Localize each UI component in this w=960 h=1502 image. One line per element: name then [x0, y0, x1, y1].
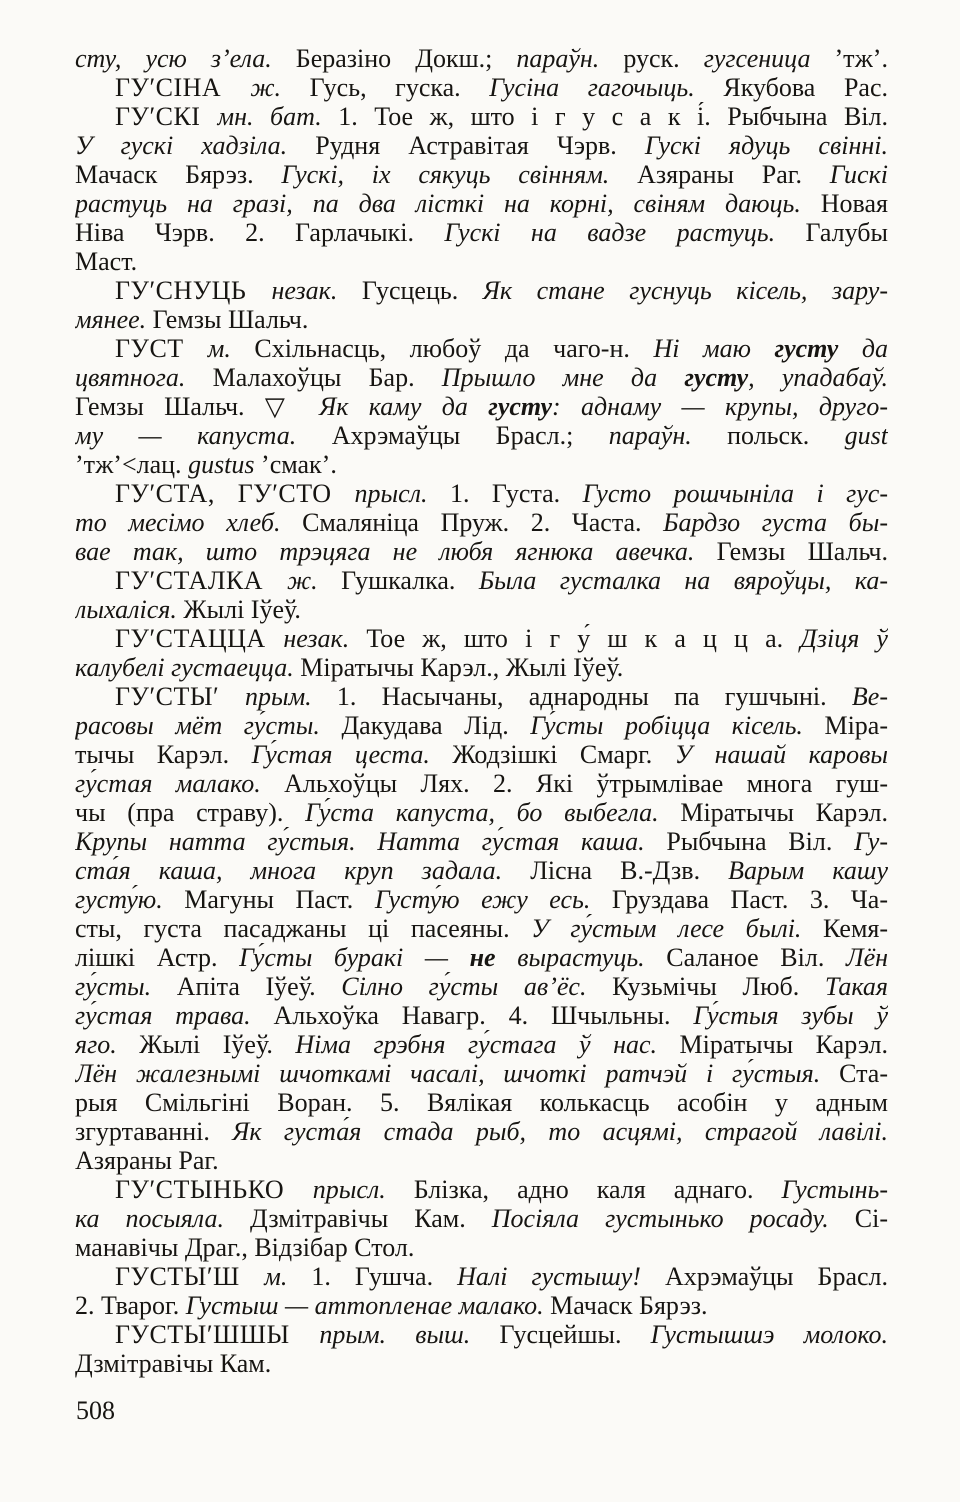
text-segment: прым. выш. — [319, 1320, 499, 1349]
text-segment: манавічы Драг., Відзібар Стол. — [75, 1233, 414, 1262]
text-segment: не — [470, 943, 518, 972]
text-segment: Гусцець. — [362, 276, 483, 305]
text-segment: Схільнасць, любоў да чаго-н. — [254, 334, 653, 363]
text-segment: густу́ю. — [75, 885, 184, 914]
text-segment: Гемзы Шальч. ▽ — [75, 392, 319, 421]
text-line: ГУ′СІНА ж. Гусь, гуска. Гусіна гагочыць.… — [75, 73, 888, 102]
text-segment: прысл. — [355, 479, 450, 508]
text-segment: Рыбчына Віл. — [666, 827, 854, 856]
text-segment: польск. — [727, 421, 845, 450]
text-segment: Німа грэбня гу́стага ў нас. — [295, 1030, 679, 1059]
text-segment: параўн. — [516, 44, 623, 73]
text-line: ’тж’<лац. gustus ’смак’. — [75, 450, 888, 479]
text-segment: ’тж’<лац. — [75, 450, 188, 479]
text-line: згуртаванні. Як густа́я стада рыб, то ас… — [75, 1117, 888, 1146]
text-segment: Рудня Астравітая Чэрв. — [315, 131, 645, 160]
text-segment: Гемзы Шальч. — [717, 537, 888, 566]
text-segment: Апіта Іўеў. — [177, 972, 342, 1001]
text-line: манавічы Драг., Відзібар Стол. — [75, 1233, 888, 1262]
headword: ГУСТЫ′ШШЫ — [115, 1320, 319, 1349]
text-segment: Густышшэ молоко. — [651, 1320, 888, 1349]
text-segment: гу́стая трава. — [75, 1001, 274, 1030]
text-segment: руск. — [623, 44, 703, 73]
text-segment: чы (пра страву). — [75, 798, 305, 827]
headword: ГУ′СІНА — [115, 73, 250, 102]
text-segment: калубелі густаецца. — [75, 653, 300, 682]
text-line: ГУ′СТА, ГУ′СТО прысл. 1. Густа. Густо ро… — [75, 479, 888, 508]
dictionary-page: сту, усю з’ела. Беразіно Докш.; параўн. … — [0, 0, 960, 1502]
text-line: расовы мёт гу́сты. Дакудава Лід. Гу́сты … — [75, 711, 888, 740]
text-segment: Кемя- — [823, 914, 888, 943]
text-segment: Лён — [846, 943, 888, 972]
text-segment: цвятнога. — [75, 363, 213, 392]
text-segment: Гу́сты робіцца кісель. — [530, 711, 824, 740]
text-segment: Гускі, іх сякуць свінням. — [281, 160, 637, 189]
text-segment: лішкі Астр. — [75, 943, 239, 972]
text-segment: вае так, што трэцяга не любя ягнюка авеч… — [75, 537, 717, 566]
text-segment: Якубова Рас. — [723, 73, 888, 102]
text-line: чы (пра страву). Гу́ста капуста, бо выбе… — [75, 798, 888, 827]
text-segment: Як стане гуснуць кісель, зару- — [483, 276, 888, 305]
text-line: гу́стая трава. Альхоўка Навагр. 4. Шчыль… — [75, 1001, 888, 1030]
text-segment: Гусіна гагочыць. — [489, 73, 723, 102]
text-segment: Гу́стая цеста. — [252, 740, 453, 769]
text-segment: : аднаму — крупы, друго- — [552, 392, 888, 421]
text-segment: ста́я каша, многа круп задала. — [75, 856, 530, 885]
text-segment: Была густалка на вяроўцы, ка- — [479, 566, 888, 595]
text-line: ГУСТЫ′ШШЫ прым. выш. Гусцейшы. Густышшэ … — [75, 1320, 888, 1349]
text-segment: Мачаск Бярэз. — [75, 160, 281, 189]
text-segment: У нашай каровы — [675, 740, 888, 769]
text-line: ГУ′СТАЦЦА незак. Тое ж, што і г у́ ш к а… — [75, 624, 888, 653]
text-line: цвятнога. Малахоўцы Бар. Прышло мне да г… — [75, 363, 888, 392]
text-segment: Саланое Віл. — [666, 943, 846, 972]
text-segment: Новая — [821, 189, 888, 218]
text-line: калубелі густаецца. Міратычы Карэл., Жыл… — [75, 653, 888, 682]
text-segment: Азяраны Раг. — [637, 160, 830, 189]
text-segment: 2. Тварог. — [75, 1291, 186, 1320]
text-segment: Густыш — аттопленае малако. — [186, 1291, 550, 1320]
text-line: му — капуста. Ахрэмаўцы Брасл.; параўн. … — [75, 421, 888, 450]
text-line: ГУ′СТАЛКА ж. Гушкалка. Была густалка на … — [75, 566, 888, 595]
text-segment: Ахрэмаўцы Брасл. — [665, 1262, 888, 1291]
text-segment: Гу́стыя зубы ў — [693, 1001, 888, 1030]
text-segment: Блізка, адно каля аднаго. — [414, 1175, 782, 1204]
text-segment: Густо рошчыніла і гус- — [583, 479, 888, 508]
text-line: рыя Смільгіні Воран. 5. Вялікая колькасц… — [75, 1088, 888, 1117]
text-segment: незак. — [271, 276, 361, 305]
text-segment: Жылі Іўеў. — [183, 595, 301, 624]
text-segment: расовы мёт гу́сты. — [75, 711, 341, 740]
text-segment: густу — [488, 392, 552, 421]
text-segment: Ні маю — [653, 334, 774, 363]
text-segment: незак. — [283, 624, 366, 653]
text-segment: Крупы натта гу́стыя. Натта гу́стая каша. — [75, 827, 666, 856]
text-line: гу́сты. Апіта Іўеў. Сілно гу́сты ав’ёс. … — [75, 972, 888, 1001]
text-line: густу́ю. Магуны Паст. Густу́ю ежу есь. Г… — [75, 885, 888, 914]
headword: ГУ′СНУЦЬ — [115, 276, 271, 305]
text-line: Гемзы Шальч. ▽ Як каму да густу: аднаму … — [75, 392, 888, 421]
text-segment: параўн. — [609, 421, 727, 450]
text-line: мянее. Гемзы Шальч. — [75, 305, 888, 334]
headword: ГУ′СТА, ГУ′СТО — [115, 479, 355, 508]
text-line: Мачаск Бярэз. Гускі, іх сякуць свінням. … — [75, 160, 888, 189]
page-number: 508 — [76, 1396, 115, 1426]
text-segment: Такая — [825, 972, 888, 1001]
text-line: ГУ′СТЫНЬКО прысл. Блізка, адно каля адна… — [75, 1175, 888, 1204]
text-segment: Ве- — [852, 682, 888, 711]
text-line: лішкі Астр. Гу́сты буракі — не вырастуць… — [75, 943, 888, 972]
headword: ГУ′СТЫНЬКО — [115, 1175, 313, 1204]
text-segment: Ніва Чэрв. 2. Гарлачыкі. — [75, 218, 444, 247]
text-segment: рыя Смільгіні Воран. 5. Вялікая колькасц… — [75, 1088, 888, 1117]
text-segment: сты, густа пасаджаны ці пасеяны. — [75, 914, 531, 943]
headword: ГУ′СТЫ′ — [115, 682, 245, 711]
text-segment: густу — [775, 334, 862, 363]
text-segment: Густынь- — [781, 1175, 888, 1204]
headword: ГУ′СТАЛКА — [115, 566, 287, 595]
text-segment: Мачаск Бярэз. — [550, 1291, 707, 1320]
text-segment: лыхаліся. — [75, 595, 183, 624]
text-segment: Малахоўцы Бар. — [213, 363, 442, 392]
text-segment: Як каму да — [319, 392, 488, 421]
text-line: то месімо хлеб. Смаляніца Пруж. 2. Часта… — [75, 508, 888, 537]
text-line: Азяраны Раг. — [75, 1146, 888, 1175]
text-segment: Гускі ядуць свінні. — [645, 131, 888, 160]
text-segment: ’тж’. — [835, 44, 888, 73]
text-segment: Гусцейшы. — [500, 1320, 651, 1349]
text-segment: 1. Тое ж, што і г у с а к і́. Рыбчына Ві… — [338, 102, 888, 131]
text-segment: Смаляніца Пруж. 2. Часта. — [302, 508, 663, 537]
text-segment: У гускі хадзіла. — [75, 131, 315, 160]
text-segment: прысл. — [313, 1175, 414, 1204]
headword: ГУ′СТАЦЦА — [115, 624, 283, 653]
text-segment: Як густа́я стада рыб, то асцямі, страгой… — [232, 1117, 888, 1146]
text-segment: , упадабаў. — [748, 363, 888, 392]
text-line: лыхаліся. Жылі Іўеў. — [75, 595, 888, 624]
headword: ГУ′СКІ — [115, 102, 218, 131]
text-segment: Гусь, гуска. — [310, 73, 490, 102]
text-segment: Прышло мне да — [442, 363, 685, 392]
text-segment: gust — [845, 421, 888, 450]
text-segment: му — капуста. — [75, 421, 332, 450]
text-segment: Магуны Паст. — [184, 885, 375, 914]
text-line: ГУСТЫ′Ш м. 1. Гушча. Налі густышу! Ахрэм… — [75, 1262, 888, 1291]
text-line: тычы Карэл. Гу́стая цеста. Жодзішкі Смар… — [75, 740, 888, 769]
text-segment: Галубы — [806, 218, 888, 247]
text-segment: Гискі — [830, 160, 888, 189]
text-line: ГУ′СКІ мн. бат. 1. Тое ж, што і г у с а … — [75, 102, 888, 131]
text-segment: Гу́сты буракі — — [239, 943, 469, 972]
text-segment: Варым кашу — [728, 856, 888, 885]
text-segment: ка посыяла. — [75, 1204, 250, 1233]
text-segment: гу́стая малако. — [75, 769, 284, 798]
text-segment: густу — [684, 363, 748, 392]
text-segment: Густу́ю ежу есь. — [375, 885, 612, 914]
text-segment: 1. Гушча. — [311, 1262, 457, 1291]
text-segment: Бардзо густа бы- — [663, 508, 888, 537]
text-segment: Дзіця ў — [800, 624, 888, 653]
text-segment: Гу́ста капуста, бо выбегла. — [305, 798, 680, 827]
text-segment: Дзмітравічы Кам. — [250, 1204, 492, 1233]
text-line: ГУ′СНУЦЬ незак. Гусцець. Як стане гуснуц… — [75, 276, 888, 305]
text-segment: Альхоўка Навагр. 4. Шчыльны. — [274, 1001, 694, 1030]
text-line: растуць на гразі, па два лісткі на корні… — [75, 189, 888, 218]
text-segment: растуць на гразі, па два лісткі на корні… — [75, 189, 821, 218]
text-segment: Гемзы Шальч. — [153, 305, 309, 334]
headword: ГУСТ — [115, 334, 208, 363]
text-segment: Жодзішкі Смарг. — [452, 740, 674, 769]
text-segment: тычы Карэл. — [75, 740, 252, 769]
text-line: Дзмітравічы Кам. — [75, 1349, 888, 1378]
text-segment: Жылі Іўеў. — [139, 1030, 295, 1059]
text-segment: Дзмітравічы Кам. — [75, 1349, 271, 1378]
text-segment: Гу- — [854, 827, 888, 856]
text-line: У гускі хадзіла. Рудня Астравітая Чэрв. … — [75, 131, 888, 160]
text-line: Маст. — [75, 247, 888, 276]
text-segment: Гускі на вадзе растуць. — [444, 218, 805, 247]
text-line: Ніва Чэрв. 2. Гарлачыкі. Гускі на вадзе … — [75, 218, 888, 247]
text-line: ГУСТ м. Схільнасць, любоў да чаго-н. Ні … — [75, 334, 888, 363]
text-segment: Груздава Паст. 3. Ча- — [612, 885, 888, 914]
text-segment: Маст. — [75, 247, 137, 276]
text-segment: яго. — [75, 1030, 139, 1059]
text-segment: Беразіно Докш.; — [296, 44, 517, 73]
text-segment: гу́сты. — [75, 972, 177, 1001]
text-segment: Міратычы Карэл. — [680, 798, 888, 827]
text-segment: ’смак’. — [261, 450, 337, 479]
text-segment: ж. — [250, 73, 309, 102]
text-segment: мн. бат. — [218, 102, 339, 131]
dictionary-text-block: сту, усю з’ела. Беразіно Докш.; параўн. … — [75, 44, 888, 1378]
text-segment: Дакудава Лід. — [341, 711, 530, 740]
text-line: сту, усю з’ела. Беразіно Докш.; параўн. … — [75, 44, 888, 73]
text-segment: Міра- — [824, 711, 888, 740]
text-segment: Налі густышу! — [457, 1262, 665, 1291]
text-segment: Сілно гу́сты ав’ёс. — [341, 972, 612, 1001]
text-segment: вырастуць. — [517, 943, 666, 972]
text-segment: мянее. — [75, 305, 153, 334]
text-segment: Міратычы Карэл. — [680, 1030, 888, 1059]
text-line: ста́я каша, многа круп задала. Лісна В.-… — [75, 856, 888, 885]
text-segment: то месімо хлеб. — [75, 508, 302, 537]
text-segment: 1. Густа. — [450, 479, 583, 508]
text-segment: Азяраны Раг. — [75, 1146, 219, 1175]
text-line: ГУ′СТЫ′ прым. 1. Насычаны, аднародны па … — [75, 682, 888, 711]
text-segment: Кузьмічы Люб. — [612, 972, 825, 1001]
text-segment: Посіяла густынько росаду. — [492, 1204, 855, 1233]
text-segment: м. — [208, 334, 255, 363]
text-line: сты, густа пасаджаны ці пасеяны. У гу́ст… — [75, 914, 888, 943]
text-line: яго. Жылі Іўеў. Німа грэбня гу́стага ў н… — [75, 1030, 888, 1059]
headword: ГУСТЫ′Ш — [115, 1262, 264, 1291]
text-segment: Ста- — [839, 1059, 888, 1088]
text-line: вае так, што трэцяга не любя ягнюка авеч… — [75, 537, 888, 566]
text-segment: згуртаванні. — [75, 1117, 232, 1146]
text-segment: Лён жалезнымі шчоткамі часалі, шчоткі ра… — [75, 1059, 839, 1088]
text-segment: ж. — [287, 566, 341, 595]
text-line: ка посыяла. Дзмітравічы Кам. Посіяла гус… — [75, 1204, 888, 1233]
text-segment: Міратычы Карэл., Жылі Іўеў. — [300, 653, 623, 682]
text-segment: Сі- — [855, 1204, 888, 1233]
text-segment: м. — [264, 1262, 311, 1291]
text-segment: 1. Насычаны, аднародны па гушчыні. — [337, 682, 852, 711]
text-line: гу́стая малако. Альхоўцы Лях. 2. Які ўтр… — [75, 769, 888, 798]
text-segment: Лісна В.-Дзв. — [530, 856, 728, 885]
text-segment: Ахрэмаўцы Брасл.; — [332, 421, 609, 450]
text-segment: Гушкалка. — [341, 566, 479, 595]
text-line: 2. Тварог. Густыш — аттопленае малако. М… — [75, 1291, 888, 1320]
text-segment: да — [862, 334, 888, 363]
text-line: Лён жалезнымі шчоткамі часалі, шчоткі ра… — [75, 1059, 888, 1088]
text-segment: gustus — [188, 450, 261, 479]
text-segment: гугсеница — [704, 44, 835, 73]
text-segment: сту, усю з’ела. — [75, 44, 296, 73]
text-segment: Альхоўцы Лях. 2. Які ўтрымлівае многа гу… — [284, 769, 888, 798]
text-segment: У гу́стым лесе былі. — [531, 914, 823, 943]
text-segment: Тое ж, што і г у́ ш к а ц ц а. — [366, 624, 800, 653]
text-line: Крупы натта гу́стыя. Натта гу́стая каша.… — [75, 827, 888, 856]
text-segment: прым. — [245, 682, 337, 711]
